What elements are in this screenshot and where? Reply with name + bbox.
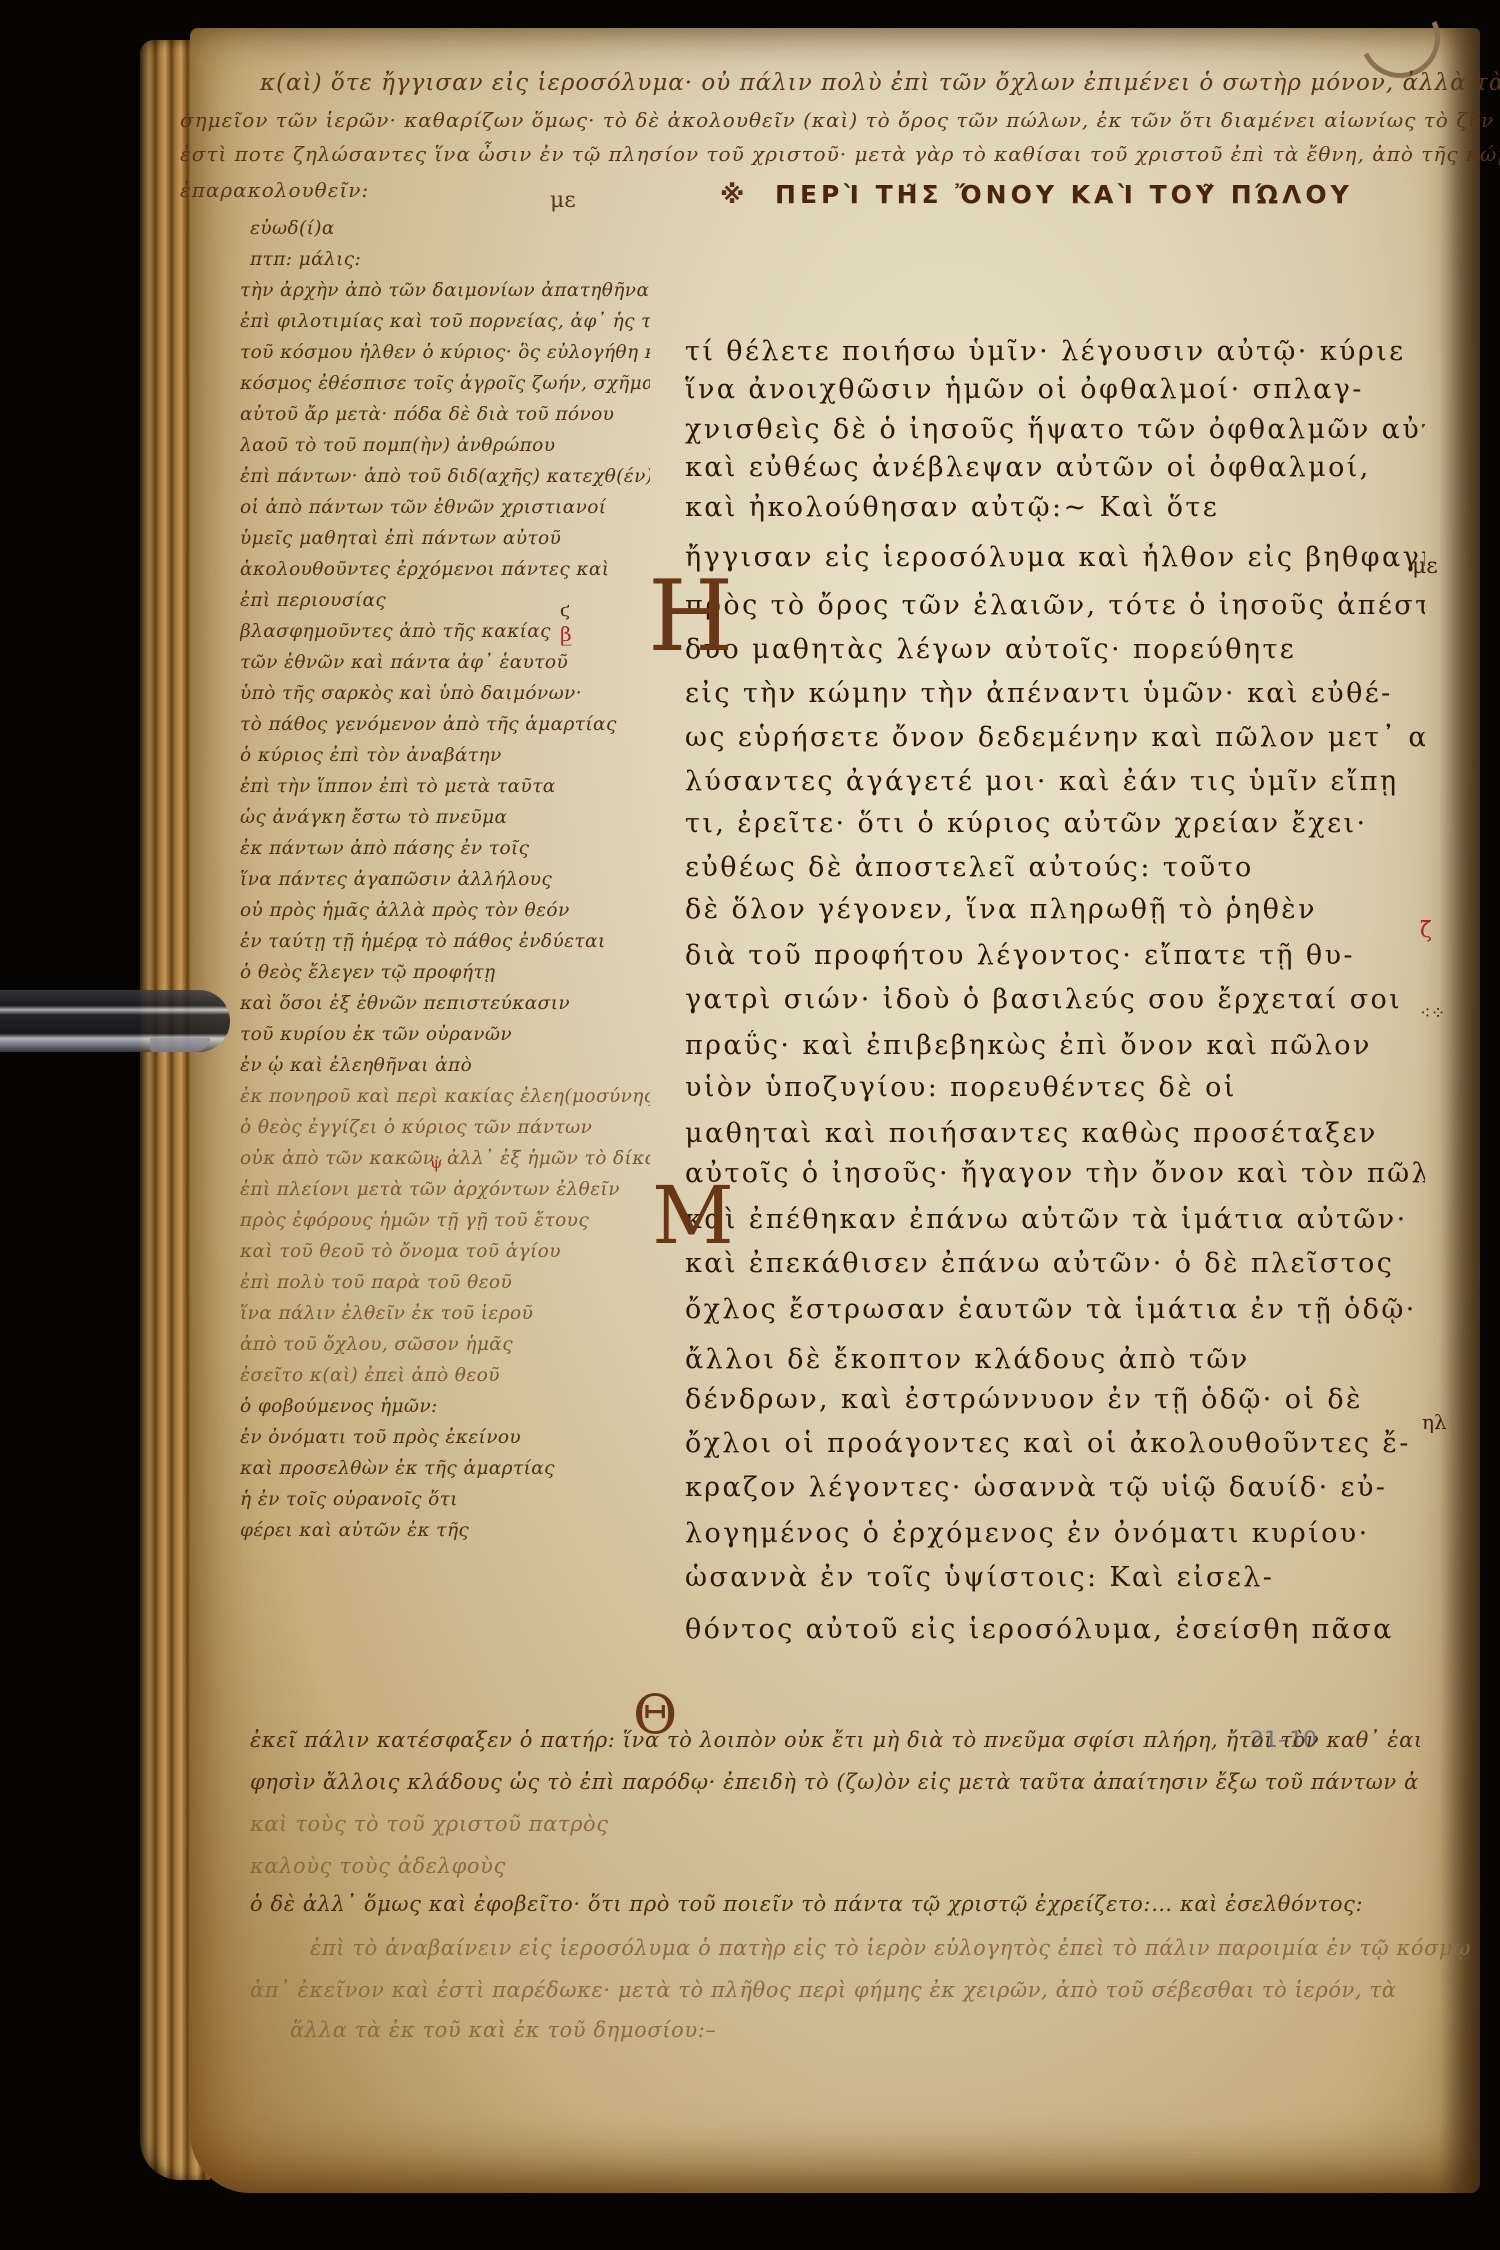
commentary-line: ὑπὸ τῆς σαρκὸς καὶ ὑπὸ δαιμόνων· xyxy=(240,683,582,704)
main-text-line: πραΰς· καὶ ἐπιβεβηκὼς ἐπὶ ὄνον καὶ πῶλον xyxy=(685,1030,1372,1061)
commentary-line: κόσμος ἐθέσπισε τοῖς ἀγροῖς ζωήν, σχῆμα xyxy=(240,373,650,394)
commentary-line: τὸ πάθος γενόμενον ἀπὸ τῆς ἁμαρτίας xyxy=(240,714,617,735)
upper-note-line: ἐπαρακολουθεῖν: xyxy=(180,178,369,202)
main-text-line: καὶ ἐπέθηκαν ἐπάνω αὐτῶν τὰ ἱμάτια αὐτῶν… xyxy=(685,1204,1408,1235)
commentary-marker: ϛ xyxy=(560,600,570,621)
commentary-line: τῶν ἐθνῶν καὶ πάντα ἀφ᾽ ἑαυτοῦ xyxy=(240,652,568,673)
main-text-line: χνισθεὶς δὲ ὁ ἰησοῦς ἥψατο τῶν ὀφθαλμῶν … xyxy=(685,414,1425,445)
commentary-line: ἐπὶ πολὺ τοῦ παρὰ τοῦ θεοῦ xyxy=(240,1272,512,1293)
main-text-line: τι, ἐρεῖτε· ὅτι ὁ κύριος αὐτῶν χρείαν ἔχ… xyxy=(685,808,1367,839)
main-text-line: ἄλλοι δὲ ἔκοπτον κλάδους ἀπὸ τῶν xyxy=(685,1344,1250,1375)
gutter-shadow xyxy=(1440,28,1480,2193)
commentary-line: τὴν ἀρχὴν ἀπὸ τῶν δαιμονίων ἀπατηθῆναι κ… xyxy=(240,280,650,301)
commentary-line: ἐν ταύτῃ τῇ ἡμέρᾳ τὸ πάθος ἐνδύεται xyxy=(240,931,606,952)
commentary-line: ἐν ὀνόματι τοῦ πρὸς ἐκείνου xyxy=(240,1427,521,1448)
main-text-line: ὡσαννὰ ἐν τοῖς ὑψίστοις: Καὶ εἰσελ- xyxy=(685,1562,1274,1593)
main-text-line: λύσαντες ἀγάγετέ μοι· καὶ ἐάν τις ὑμῖν ε… xyxy=(685,766,1398,797)
red-margin-numeral-zeta: ζ̄ xyxy=(1420,918,1432,943)
main-text-line: θόντος αὐτοῦ εἰς ἱεροσόλυμα, ἐσείσθη πᾶσ… xyxy=(685,1614,1394,1645)
section-number-mark: με xyxy=(550,188,576,213)
bottom-note-line: καὶ τοὺς τὸ τοῦ χριστοῦ πατρὸς xyxy=(250,1812,609,1836)
bottom-note-line: ὁ δὲ ἀλλ᾽ ὅμως καὶ ἐφοβεῖτο· ὅτι πρὸ τοῦ… xyxy=(250,1892,1363,1916)
cross-icon: ※ xyxy=(720,180,748,209)
commentary-line: οὐ πρὸς ἡμᾶς ἀλλὰ πρὸς τὸν θεόν xyxy=(240,900,570,921)
commentary-line: τοῦ κυρίου ἐκ τῶν οὐρανῶν xyxy=(240,1024,512,1045)
commentary-line: πρὸς ἐφόρους ἡμῶν τῇ γῇ τοῦ ἔτους xyxy=(240,1210,589,1231)
commentary-line: καὶ προσελθὼν ἐκ τῆς ἁμαρτίας xyxy=(240,1458,555,1479)
commentary-line: ἐπὶ πάντων· ἀπὸ τοῦ διδ(αχῆς) κατεχθ(έν) xyxy=(240,466,650,487)
commentary-line: πτπ: μάλις: xyxy=(250,249,361,270)
main-text-line: τί θέλετε ποιήσω ὑμῖν· λέγουσιν αὐτῷ· κύ… xyxy=(685,336,1406,367)
commentary-line: βλασφημοῦντες ἀπὸ τῆς κακίας xyxy=(240,621,551,642)
commentary-line: ἡ ἐν τοῖς οὐρανοῖς ὅτι xyxy=(240,1489,458,1510)
page-holder-tip xyxy=(150,1038,210,1052)
commentary-line: φέρει καὶ αὐτῶν ἐκ τῆς xyxy=(240,1520,469,1541)
main-text-line: αὐτοῖς ὁ ἰησοῦς· ἤγαγον τὴν ὄνον καὶ τὸν… xyxy=(685,1158,1425,1189)
main-text-line: δύο μαθητὰς λέγων αὐτοῖς· πορεύθητε xyxy=(685,634,1296,665)
main-text-line: διὰ τοῦ προφήτου λέγοντος· εἴπατε τῇ θυ- xyxy=(685,940,1355,971)
main-text-line: δένδρων, καὶ ἐστρώννυον ἐν τῇ ὁδῷ· οἱ δὲ xyxy=(685,1384,1363,1415)
main-text-line: μαθηταὶ καὶ ποιήσαντες καθὼς προσέταξεν xyxy=(685,1118,1378,1149)
commentary-line: λαοῦ τὸ τοῦ πομπ(ὴν) ἀνθρώπου xyxy=(240,435,555,456)
main-text-line: ὄχλος ἔστρωσαν ἑαυτῶν τὰ ἱμάτια ἐν τῇ ὁδ… xyxy=(685,1294,1417,1325)
red-commentary-marker: ψ xyxy=(430,1153,443,1172)
bottom-note-line: ἀπ᾽ ἐκεῖνον καὶ ἐστὶ παρέδωκε· μετὰ τὸ π… xyxy=(250,1978,1396,2002)
commentary-line: ὁ φοβούμενος ἡμῶν: xyxy=(240,1396,438,1417)
commentary-line: ἐπὶ πλείονι μετὰ τῶν ἀρχόντων ἐλθεῖν xyxy=(240,1179,620,1200)
bottom-note-line: ἐπὶ τὸ ἀναβαίνειν εἰς ἱεροσόλυμα ὁ πατὴρ… xyxy=(310,1936,1471,1960)
commentary-line: οἱ ἀπὸ πάντων τῶν ἐθνῶν χριστιανοί xyxy=(240,497,606,518)
main-text-line: δὲ ὅλον γέγονεν, ἵνα πληρωθῇ τὸ ῥηθὲν xyxy=(685,894,1317,925)
commentary-line: ἐν ᾧ καὶ ἐλεηθῆναι ἀπὸ xyxy=(240,1055,472,1076)
commentary-line: ὡς ἀνάγκη ἔστω τὸ πνεῦμα xyxy=(240,807,507,828)
manuscript-page: κ(αὶ) ὅτε ἤγγισαν εἰς ἱεροσόλυμα· οὐ πάλ… xyxy=(190,28,1480,2193)
initial-eta: Η xyxy=(648,568,733,666)
commentary-line: εὐωδ(ί)α xyxy=(250,218,335,239)
bottom-note-line: καλοὺς τοὺς ἀδελφοὺς xyxy=(250,1854,506,1878)
commentary-line: ἐπὶ φιλοτιμίας καὶ τοῦ πορνείας, ἀφ᾽ ἧς … xyxy=(240,311,650,332)
commentary-line: τοῦ κόσμου ἦλθεν ὁ κύριος· ὃς εὐλογήθη κ… xyxy=(240,342,650,363)
commentary-line: ἀπὸ τοῦ ὄχλου, σῶσον ἡμᾶς xyxy=(240,1334,513,1355)
main-text-line: ως εὑρήσετε ὄνον δεδεμένην καὶ πῶλον μετ… xyxy=(685,722,1425,753)
commentary-line: ὁ θεὸς ἔλεγεν τῷ προφήτῃ xyxy=(240,962,495,983)
commentary-line: οὐκ ἀπὸ τῶν κακῶν· ἀλλ᾽ ἐξ ἡμῶν τὸ δίκαι… xyxy=(240,1148,650,1169)
commentary-line: ἀκολουθοῦντες ἐρχόμενοι πάντες καὶ xyxy=(240,559,609,580)
bottom-note-line: ἅλλα τὰ ἐκ τοῦ καὶ ἐκ τοῦ δημοσίου:– xyxy=(290,2018,717,2042)
commentary-line: ἵνα πάντες ἀγαπῶσιν ἀλλήλους xyxy=(240,869,552,890)
margin-section-number: με xyxy=(1412,554,1438,579)
commentary-line: αὐτοῦ ἄρ μετὰ· πόδα δὲ διὰ τοῦ πόνου xyxy=(240,404,614,425)
commentary-line: ἐκ πάντων ἀπὸ πάσης ἐν τοῖς xyxy=(240,838,529,859)
red-margin-numeral-beta: β̲ xyxy=(560,622,572,646)
main-text-line: εἰς τὴν κώμην τὴν ἀπέναντι ὑμῶν· καὶ εὐθ… xyxy=(685,678,1393,709)
main-text-line: καὶ ἐπεκάθισεν ἐπάνω αὐτῶν· ὁ δὲ πλεῖστο… xyxy=(685,1248,1394,1279)
main-text-line: λογημένος ὁ ἐρχόμενος ἐν ὀνόματι κυρίου· xyxy=(685,1518,1370,1549)
commentary-line: καὶ ὅσοι ἐξ ἐθνῶν πεπιστεύκασιν xyxy=(240,993,570,1014)
margin-dots: ⁖⁘ xyxy=(1420,1003,1446,1024)
commentary-line: ἐκ πονηροῦ καὶ περὶ κακίας ἐλεη(μοσύνης) xyxy=(240,1086,650,1107)
commentary-line: ἐπὶ τὴν ἵππον ἐπὶ τὸ μετὰ ταῦτα xyxy=(240,776,556,797)
margin-mark-lower: ηλ xyxy=(1422,1410,1447,1434)
main-text-line: ὄχλοι οἱ προάγοντες καὶ οἱ ἀκολουθοῦντες… xyxy=(685,1428,1411,1459)
main-text-line: εὐθέως δὲ ἀποστελεῖ αὐτούς: τοῦτο xyxy=(685,852,1254,883)
commentary-line: ὑμεῖς μαθηταὶ ἐπὶ πάντων αὐτοῦ xyxy=(240,528,561,549)
commentary-line: ἵνα πάλιν ἐλθεῖν ἐκ τοῦ ἱεροῦ xyxy=(240,1303,533,1324)
commentary-line: ἐπὶ περιουσίας xyxy=(240,590,386,611)
main-text-line: υἱὸν ὑποζυγίου: πορευθέντες δὲ οἱ xyxy=(685,1072,1237,1103)
section-title-text: περὶ τῆς ὄνου καὶ τοῦ πώλου xyxy=(775,180,1353,209)
main-text-line: γατρὶ σιών· ἰδοὺ ὁ βασιλεύς σου ἔρχεταί … xyxy=(685,984,1402,1015)
initial-mu: Μ xyxy=(652,1176,734,1256)
bottom-note-line: φησὶν ἄλλοις κλάδους ὡς τὸ ἐπὶ παρόδῳ· ἐ… xyxy=(250,1770,1420,1794)
commentary-line: καὶ τοῦ θεοῦ τὸ ὄνομα τοῦ ἁγίου xyxy=(240,1241,561,1262)
main-text-line: καὶ ἠκολούθησαν αὐτῷ:~ Καὶ ὅτε xyxy=(685,492,1219,523)
main-text-line: ἤγγισαν εἰς ἱεροσόλυμα καὶ ἦλθον εἰς βηθ… xyxy=(685,542,1425,573)
section-title: ※ περὶ τῆς ὄνου καὶ τοῦ πώλου xyxy=(720,180,1353,209)
main-text-line: ἵνα ἀνοιχθῶσιν ἡμῶν οἱ ὀφθαλμοί· σπλαγ- xyxy=(685,374,1364,405)
main-text-line: κραζον λέγοντες· ὡσαννὰ τῷ υἱῷ δαυίδ· εὐ… xyxy=(685,1472,1387,1503)
bottom-note-line: ἐκεῖ πάλιν κατέσφαξεν ὁ πατήρ: ἵνα τὸ λο… xyxy=(250,1728,1420,1752)
upper-note-line: ἐστὶ ποτε ζηλώσαντες ἵνα ὦσιν ἐν τῷ πλησ… xyxy=(180,142,1500,166)
main-text-line: πρὸς τὸ ὄρος τῶν ἐλαιῶν, τότε ὁ ἰησοῦς ἀ… xyxy=(685,590,1425,621)
commentary-line: ὁ θεὸς ἐγγίζει ὁ κύριος τῶν πάντων xyxy=(240,1117,592,1138)
upper-note-line: σημεῖον τῶν ἱερῶν· καθαρίζων ὅμως· τὸ δὲ… xyxy=(180,108,1500,132)
upper-note-line: κ(αὶ) ὅτε ἤγγισαν εἰς ἱεροσόλυμα· οὐ πάλ… xyxy=(260,70,1500,96)
commentary-line: ἐσεῖτο κ(αὶ) ἐπεὶ ἀπὸ θεοῦ xyxy=(240,1365,500,1386)
main-text-line: καὶ εὐθέως ἀνέβλεψαν αὐτῶν οἱ ὀφθαλμοί, xyxy=(685,452,1371,483)
commentary-line: ὁ κύριος ἐπὶ τὸν ἀναβάτην xyxy=(240,745,502,766)
